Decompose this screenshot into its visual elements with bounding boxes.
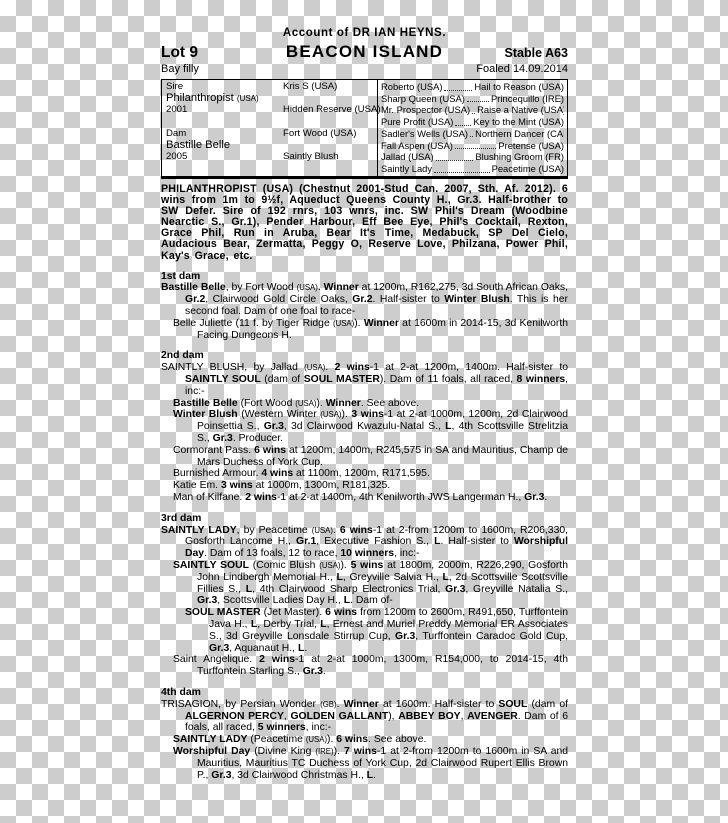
stable-number: Stable A63 bbox=[458, 46, 568, 60]
dam-name: Bastille Belle bbox=[166, 140, 230, 152]
section-4th-dam: 4th dam TRISAGION, by Persian Wonder (GB… bbox=[161, 687, 568, 781]
dam-entry: Bastille Belle, by Fort Wood (USA). Winn… bbox=[161, 282, 568, 317]
section-heading: 2nd dam bbox=[161, 350, 568, 362]
section-1st-dam: 1st dam Bastille Belle, by Fort Wood (US… bbox=[161, 271, 568, 342]
sire-cell: Sire Philanthropist (USA) 2001 bbox=[166, 81, 259, 116]
dotted-leader bbox=[434, 172, 490, 173]
ancestor-row: Sadler's Wells (USA)Northern Dancer (CAN… bbox=[381, 128, 564, 140]
ancestor-sire: Key to the Mint (USA) bbox=[473, 116, 564, 128]
grandsire-name: Kris S (USA) bbox=[283, 81, 337, 93]
progeny-entry: SAINTLY SOUL (Comic Blush (USA)). 5 wins… bbox=[161, 560, 568, 607]
ancestor-sire: Northern Dancer (CAN) bbox=[475, 128, 564, 140]
foaled-date: Foaled 14.09.2014 bbox=[476, 63, 568, 75]
ancestor-name: Mr. Prospector (USA) bbox=[381, 104, 470, 116]
dotted-leader bbox=[436, 160, 474, 161]
section-heading: 1st dam bbox=[161, 271, 568, 283]
dam-year: 2005 bbox=[166, 151, 230, 163]
ancestor-name: Pure Profit (USA) bbox=[381, 116, 453, 128]
section-heading: 4th dam bbox=[161, 687, 568, 699]
subtitle-row: Bay filly Foaled 14.09.2014 bbox=[161, 63, 568, 75]
progeny-entry: Worshipful Day (Divine King (IRE)). 7 wi… bbox=[161, 746, 568, 781]
sire-summary: PHILANTHROPIST (USA) (Chestnut 2001-Stud… bbox=[161, 184, 568, 262]
dam-entry: TRISAGION, by Persian Wonder (GB). Winne… bbox=[161, 699, 568, 734]
sire-country: (USA) bbox=[237, 94, 259, 103]
dotted-leader bbox=[455, 148, 496, 149]
ancestor-name: Sadler's Wells (USA) bbox=[381, 128, 468, 140]
progeny-entry: Bastille Belle (Fort Wood (USA)). Winner… bbox=[161, 398, 568, 410]
dam-entry: SAINTLY LADY, by Peacetime (USA). 6 wins… bbox=[161, 525, 568, 560]
ancestor-row: Roberto (USA)Hail to Reason (USA) bbox=[381, 81, 564, 93]
grandsire-name: Fort Wood (USA) bbox=[283, 128, 356, 140]
ancestor-row: Fall Aspen (USA)Pretense (USA) bbox=[381, 140, 564, 152]
ancestor-row: Sharp Queen (USA)Princequillo (IRE) bbox=[381, 93, 564, 105]
dotted-leader bbox=[467, 101, 489, 102]
progeny-entry: Winter Blush (Western Winter (USA)). 3 w… bbox=[161, 409, 568, 444]
ancestor-name: Sharp Queen (USA) bbox=[381, 93, 465, 105]
account-line: Account of DR IAN HEYNS. bbox=[161, 27, 568, 39]
ancestor-sire: Princequillo (IRE) bbox=[491, 93, 564, 105]
ancestor-sire: Pretense (USA) bbox=[498, 140, 564, 152]
progeny-entry: Burnished Armour. 4 wins at 1100m, 1200m… bbox=[161, 468, 568, 480]
ancestor-name: Jallad (USA) bbox=[381, 151, 434, 163]
progeny-entry: Katie Em. 3 wins at 1000m, 1300m, R181,3… bbox=[161, 480, 568, 492]
dotted-leader bbox=[444, 90, 472, 91]
sex-description: Bay filly bbox=[161, 63, 199, 75]
granddam-name: Saintly Blush bbox=[283, 151, 338, 163]
dotted-leader bbox=[470, 136, 473, 137]
table-divider bbox=[377, 80, 378, 176]
progeny-entry: Cormorant Pass. 6 wins at 1200m, 1400m, … bbox=[161, 445, 568, 469]
granddam-name: Hidden Reserve (USA) bbox=[283, 104, 381, 116]
lot-number: Lot 9 bbox=[161, 44, 271, 62]
ancestor-sire: Raise a Native (USA) bbox=[477, 104, 564, 116]
ancestor-sire: Peacetime (USA) bbox=[492, 163, 564, 175]
dotted-leader bbox=[472, 113, 475, 114]
progeny-entry: SOUL MASTER (Jet Master). 6 wins from 12… bbox=[161, 607, 568, 654]
ancestor-name: Saintly Lady bbox=[381, 163, 432, 175]
section-2nd-dam: 2nd dam SAINTLY BLUSH, by Jallad (USA). … bbox=[161, 350, 568, 503]
pedigree-table: Sire Philanthropist (USA) 2001 Dam Basti… bbox=[161, 79, 568, 179]
ancestor-row: Saintly LadyPeacetime (USA) bbox=[381, 163, 564, 175]
section-3rd-dam: 3rd dam SAINTLY LADY, by Peacetime (USA)… bbox=[161, 513, 568, 678]
sire-year: 2001 bbox=[166, 104, 259, 116]
ancestor-row: Mr. Prospector (USA)Raise a Native (USA) bbox=[381, 104, 564, 116]
ancestor-row: Pure Profit (USA)Key to the Mint (USA) bbox=[381, 116, 564, 128]
ancestor-name: Roberto (USA) bbox=[381, 81, 442, 93]
progeny-entry: SAINTLY LADY (Peacetime (USA)). 6 wins. … bbox=[161, 734, 568, 746]
progeny-entry: Man of Kilfane. 2 wins-1 at 2-at 1400m, … bbox=[161, 492, 568, 504]
ancestor-sire: Blushing Groom (FR) bbox=[475, 151, 564, 163]
horse-name: BEACON ISLAND bbox=[271, 42, 458, 62]
section-heading: 3rd dam bbox=[161, 513, 568, 525]
progeny-entry: Saint Angelique. 2 wins-1 at 2-at 1000m,… bbox=[161, 654, 568, 678]
progeny-entry: Belle Juliette (11 f. by Tiger Ridge (US… bbox=[161, 318, 568, 342]
ancestor-row: Jallad (USA)Blushing Groom (FR) bbox=[381, 151, 564, 163]
ancestor-sire: Hail to Reason (USA) bbox=[474, 81, 564, 93]
dotted-leader bbox=[455, 125, 471, 126]
dam-entry: SAINTLY BLUSH, by Jallad (USA). 2 wins-1… bbox=[161, 362, 568, 397]
transparent-canvas: { "page": { "checker_light": "#ffffff", … bbox=[0, 0, 728, 823]
ancestor-name: Fall Aspen (USA) bbox=[381, 140, 453, 152]
title-row: Lot 9 BEACON ISLAND Stable A63 bbox=[161, 42, 568, 62]
catalogue-page: Account of DR IAN HEYNS. Lot 9 BEACON IS… bbox=[161, 0, 568, 781]
dam-cell: Dam Bastille Belle 2005 bbox=[166, 128, 230, 163]
sire-name: Philanthropist (USA) bbox=[166, 93, 259, 105]
